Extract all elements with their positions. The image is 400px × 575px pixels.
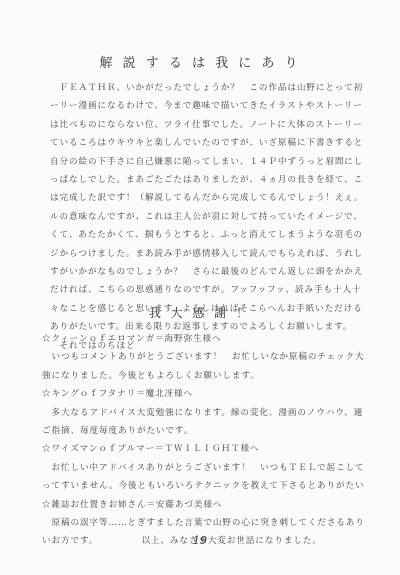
page-number: 19 (0, 534, 400, 547)
text-line: 自分の絵の下手さに自己嫌悪に陥ってしまい、１４Ｐ中ずうっと眉間にしわ寄せ (50, 153, 362, 171)
page-title: 解 説 す る は 我 に あ り (0, 52, 400, 71)
document-page: 解 説 す る は 我 に あ り ＦＥＡＴＨＲ、いかがだったでしょうか？ この… (0, 0, 400, 575)
text-line: は完成した訳です！（解説してるんだから完成してるんでしょう！えぇ。タイト (50, 189, 362, 207)
text-line: ているころはウキウキと楽しんでいたのですが、いざ原稿に下書きするとなると、 (50, 134, 362, 152)
text-line: ルの意味なんですが、これは主人公が羽に対して持っていたイメージで、柔らか (50, 208, 362, 226)
text-line: ーリー漫画になるわけで、今まで趣味で描いてきたイラストやストーリー漫画と (50, 97, 362, 115)
text-line: 多大なるアドバイス大変勉強になります。線の変化、漫画のノウハウ、適切な (42, 404, 364, 422)
text-line: ☆クィーンｏｆエロマンガ＝海野弥生様へ (42, 330, 364, 348)
text-line: 強になりました。今後ともよろしくお願いします。 (42, 367, 364, 385)
text-line: ＦＥＡＴＨＲ、いかがだったでしょうか？ この作品は山野にとって初のスト (50, 79, 362, 97)
text-line: だければ、こちらの思惑通りなのですが。フッフッフッ、読み手も十人十色、様 (50, 281, 362, 299)
text-line: っぱなしでした。まあごたごたはありましたが、４ヵ月の長きを経て、この作品 (50, 171, 362, 189)
text-line: すがいかがなものでしょうか？ さらに最後のどんでん返しに頭をかかえていた (50, 263, 362, 281)
text-line: ってすいません。今後ともいろいろテクニックを教えて下さるとありがたいです。 (42, 477, 364, 495)
text-line: ☆雑誌お仕置きお姉さん＝安藤あづ美様へ (42, 496, 364, 514)
text-line: お忙しい中アドバイスありがとうございます！ いつもＴＥＬで起こしてしま (42, 459, 364, 477)
text-line: 原稿の誤字等……とぎすました言葉で山野の心に突き刺してくださるありがた (42, 514, 364, 532)
text-line: くて、あたたかくて、掴もうとすると、ふっと消えてしまうような羽毛のイメー (50, 226, 362, 244)
text-line: ☆キングｏｆフタナリ＝魔北冴様へ (42, 385, 364, 403)
text-line: ご指摘、毎度毎度ありがたいです。 (42, 422, 364, 440)
text-line: ☆ワイズマンｏｆブルマー＝ＴＷＩＬＩＧＨＴ様へ (42, 440, 364, 458)
text-line: いつもコメントありがとうございます！ お忙しいなか原稿のチェック大変勉 (42, 348, 364, 366)
acknowledgements-heading: 我 大 感 謝 ！ (0, 304, 400, 321)
text-line: ジからつけました。まあ読み手が感情移入して読んでもらえれば、うれしいので (50, 245, 362, 263)
text-line: は比べものにならない位、ツライ仕事でした。ノートに大体のストーリーを書い (50, 116, 362, 134)
acknowledgements-paragraph: ☆クィーンｏｆエロマンガ＝海野弥生様へ いつもコメントありがとうございます！ お… (42, 330, 364, 551)
